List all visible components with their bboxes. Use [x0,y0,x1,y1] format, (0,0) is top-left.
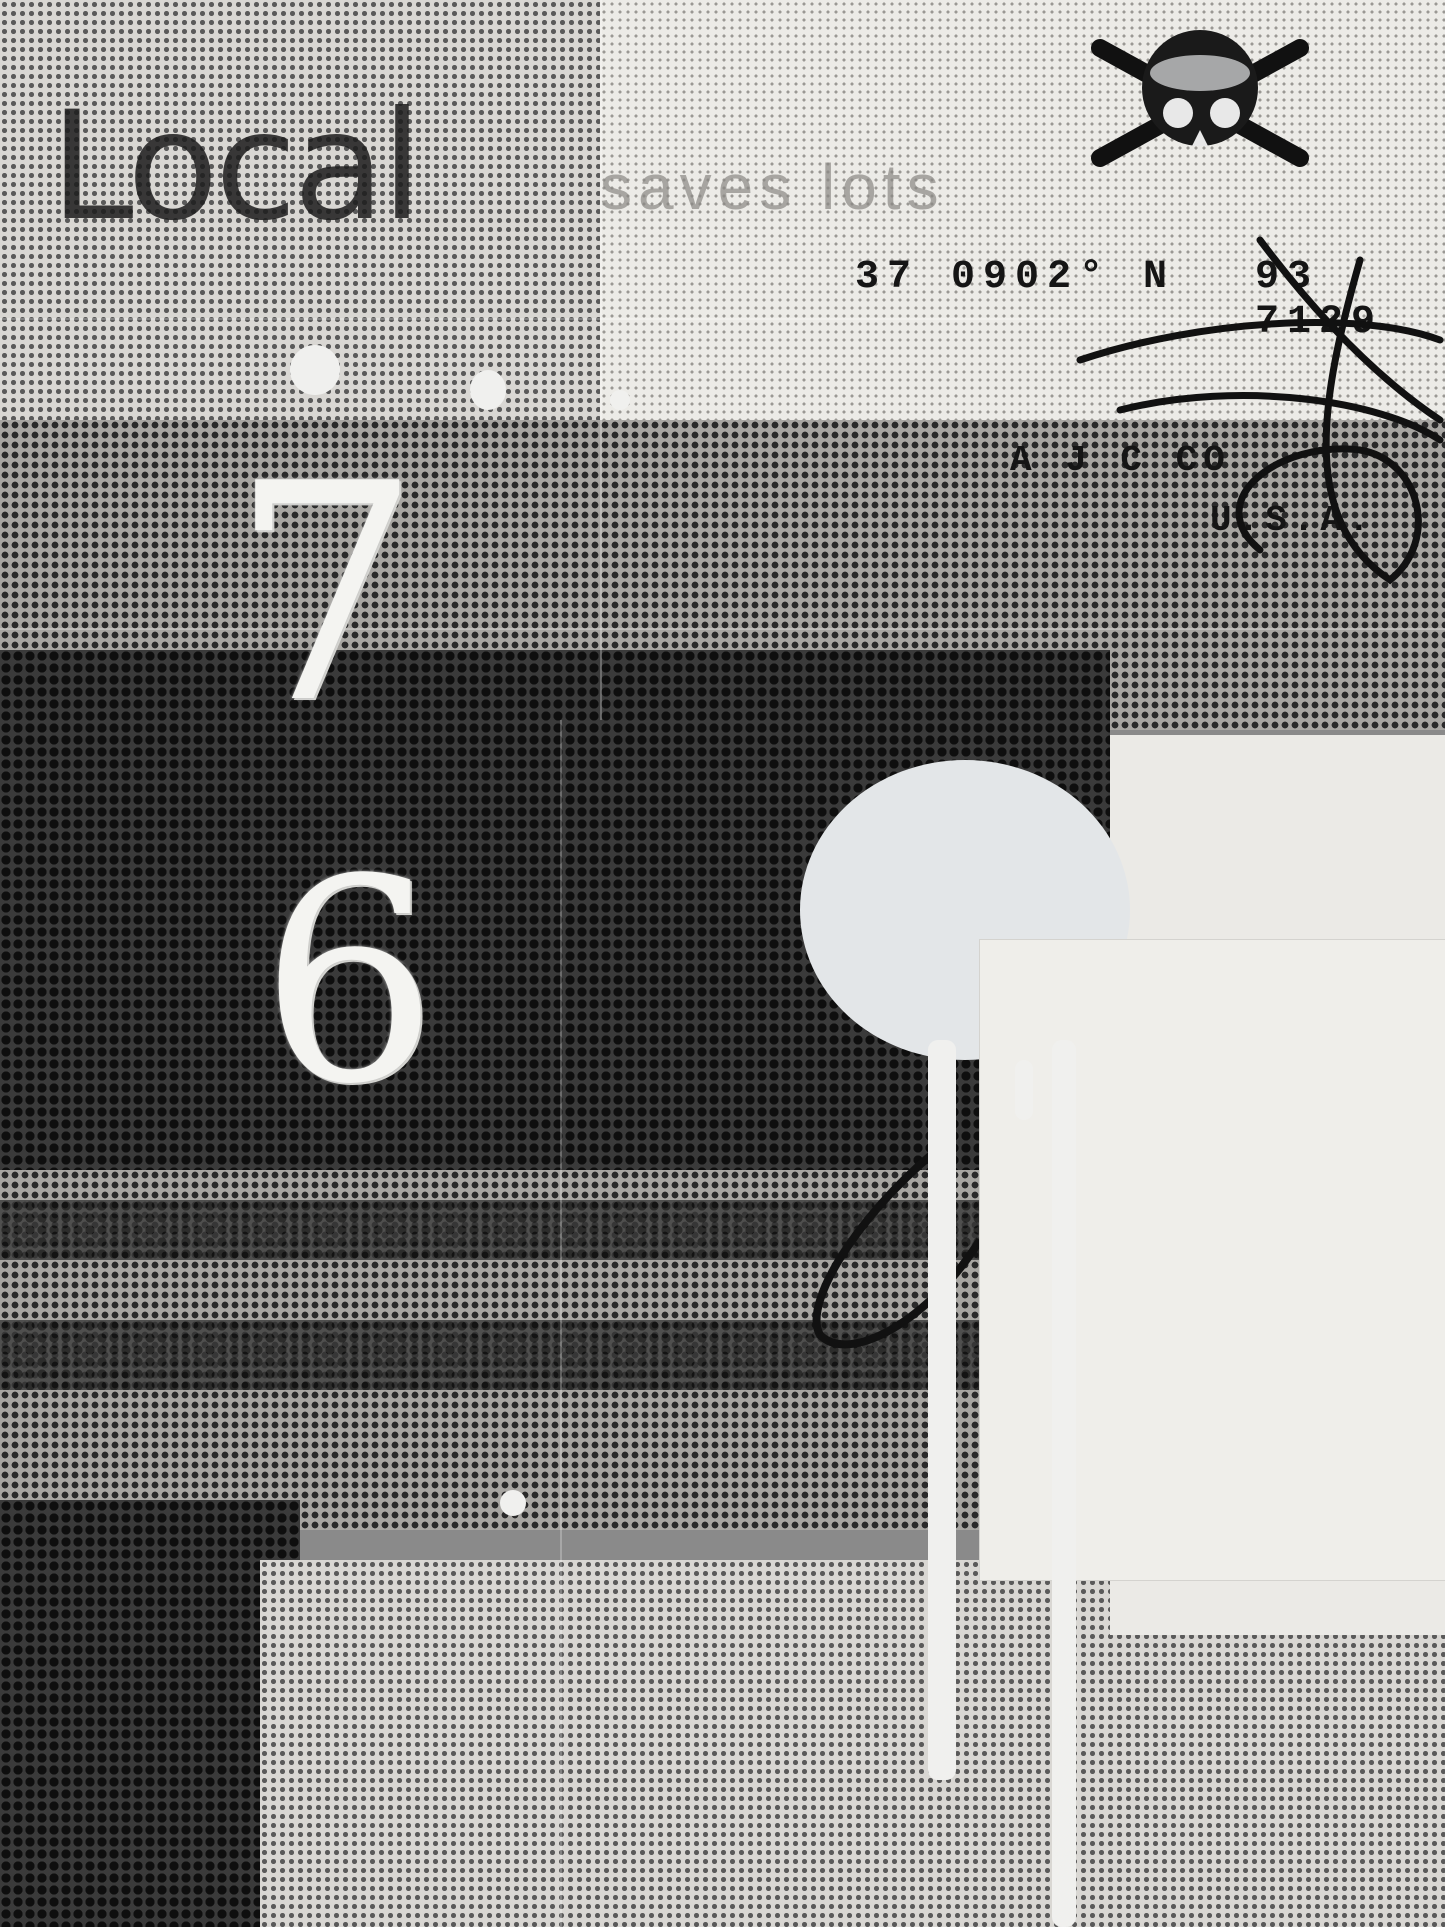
artwork-canvas: Local saves lots 37 0902° N 93 7129 A J … [0,0,1445,1927]
halftone-tile-bottom-left [0,1500,300,1927]
white-paint-panel-front [980,940,1445,1580]
paint-drip [928,1040,956,1780]
tile-seam [600,0,602,720]
painted-numeral-6: 6 [260,820,438,1146]
paint-splatter [470,370,506,410]
skull-and-crossbones-icon [1080,18,1320,178]
paint-splatter [500,1490,526,1516]
headline-local: Local [50,80,419,254]
black-scribble [1060,200,1445,620]
black-scribble-loop [790,1120,990,1360]
tile-seam [560,720,562,1927]
paint-splatter [290,345,340,395]
paint-drip [1015,1060,1033,1120]
tile-seam [0,628,1445,630]
painted-numeral-7: 7 [230,420,421,769]
faded-phrase: saves lots [600,150,945,224]
paint-splatter [610,390,630,410]
paint-drip [1052,1040,1076,1927]
